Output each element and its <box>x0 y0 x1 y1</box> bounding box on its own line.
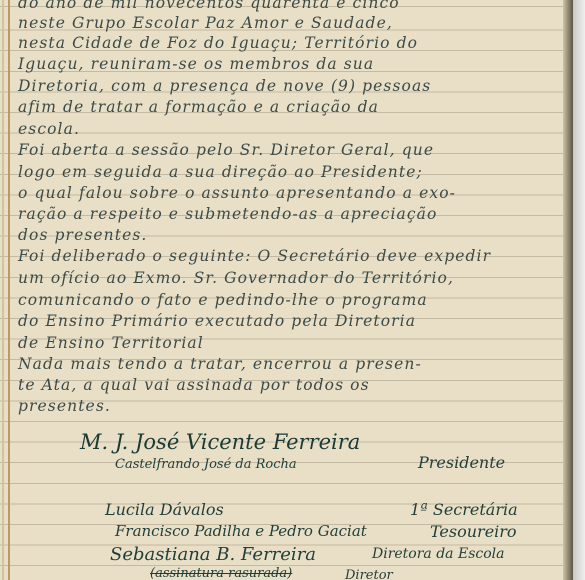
text-line: neste Grupo Escolar Paz Amor e Saudade, <box>18 14 393 32</box>
text-line: logo em seguida a sua direção ao Preside… <box>18 163 423 181</box>
signature-role: Presidente <box>418 453 505 472</box>
text-line: dos presentes. <box>18 226 147 244</box>
signature-role: 1ª Secretária <box>410 500 518 519</box>
text-line: presentes. <box>18 397 111 415</box>
text-line: nesta Cidade de Foz do Iguaçu; Territóri… <box>18 34 418 52</box>
signature-role: Tesoureiro <box>430 522 517 541</box>
text-line: do Ensino Primário executado pela Direto… <box>18 312 416 330</box>
background-outer <box>573 0 585 580</box>
page-edge-shadow <box>563 0 573 580</box>
margin-line <box>8 0 10 580</box>
signature-name: Lucila Dávalos <box>105 500 224 519</box>
signature-name: Castelfrando José da Rocha <box>115 457 297 472</box>
signature-role: Diretor <box>345 568 393 580</box>
signature-name: Francisco Padilha e Pedro Gaciat <box>115 522 367 540</box>
signature-name: (assinatura rasurada) <box>150 566 292 580</box>
text-line: Foi deliberado o seguinte: O Secretário … <box>18 247 491 265</box>
text-line: te Ata, a qual vai assinada por todos os <box>18 376 370 394</box>
text-line: escola. <box>18 120 80 138</box>
text-line: Foi aberta a sessão pelo Sr. Diretor Ger… <box>18 141 434 159</box>
text-line: ração a respeito e submetendo-as a aprec… <box>18 205 437 223</box>
text-line: um ofício ao Exmo. Sr. Governador do Ter… <box>18 269 454 287</box>
text-line: do ano de mil novecentos quarenta e cinc… <box>18 0 400 12</box>
signature-name: M. J. José Vicente Ferreira <box>80 430 360 454</box>
signature-role: Diretora da Escola <box>372 546 504 562</box>
text-line: comunicando o fato e pedindo-lhe o progr… <box>18 291 428 309</box>
text-line: de Ensino Territorial <box>18 334 204 352</box>
signature-name: Sebastiana B. Ferreira <box>110 544 316 565</box>
text-line: Nada mais tendo a tratar, encerrou a pre… <box>18 355 422 373</box>
text-line: Iguaçu, reuniram-se os membros da sua <box>18 55 374 73</box>
text-line: o qual falou sobre o assunto apresentand… <box>18 184 456 202</box>
text-line: afim de tratar a formação e a criação da <box>18 98 379 116</box>
text-line: Diretoria, com a presença de nove (9) pe… <box>18 77 431 95</box>
margin-line-outer <box>2 0 4 580</box>
